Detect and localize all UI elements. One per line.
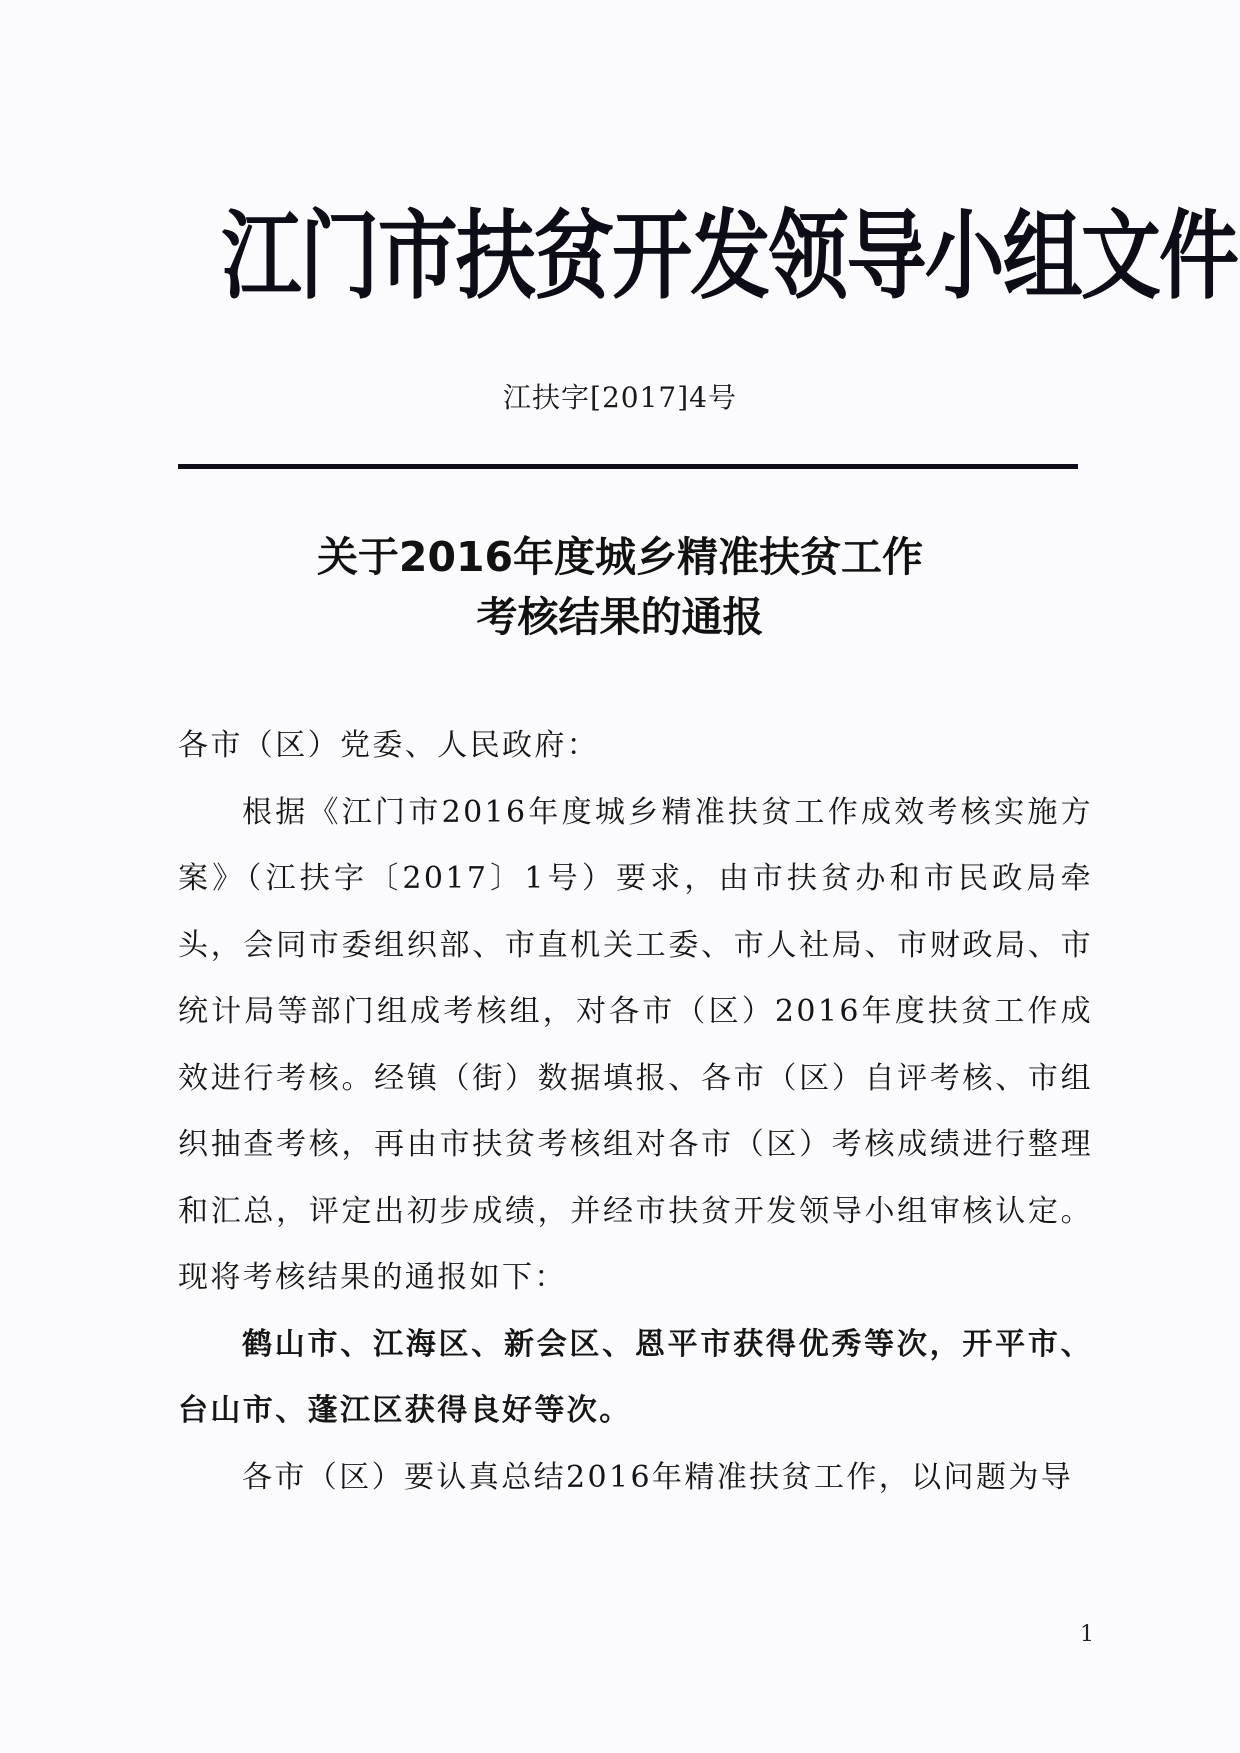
document-masthead: 江门市扶贫开发领导小组文件 (222, 190, 1059, 324)
document-title: 关于2016年度城乡精准扶贫工作 考核结果的通报 (0, 527, 1240, 647)
document-body: 各市（区）党委、人民政府： 根据《江门市2016年度城乡精准扶贫工作成效考核实施… (178, 713, 1093, 1511)
page-number: 1 (1080, 1622, 1094, 1647)
paragraph-background: 根据《江门市2016年度城乡精准扶贫工作成效考核实施方案》（江扶字〔2017〕1… (178, 780, 1093, 1312)
document-page: 江门市扶贫开发领导小组文件 江扶字[2017]4号 关于2016年度城乡精准扶贫… (0, 0, 1240, 1753)
masthead-divider (178, 464, 1078, 469)
document-number: 江扶字[2017]4号 (0, 378, 1240, 418)
paragraph-results: 鹤山市、江海区、新会区、恩平市获得优秀等次，开平市、台山市、蓬江区获得良好等次。 (178, 1312, 1093, 1445)
salutation: 各市（区）党委、人民政府： (178, 713, 1093, 780)
document-title-line-2: 考核结果的通报 (0, 587, 1240, 647)
document-title-line-1: 关于2016年度城乡精准扶贫工作 (0, 527, 1240, 587)
paragraph-requirements: 各市（区）要认真总结2016年精准扶贫工作，以问题为导 (178, 1445, 1093, 1512)
